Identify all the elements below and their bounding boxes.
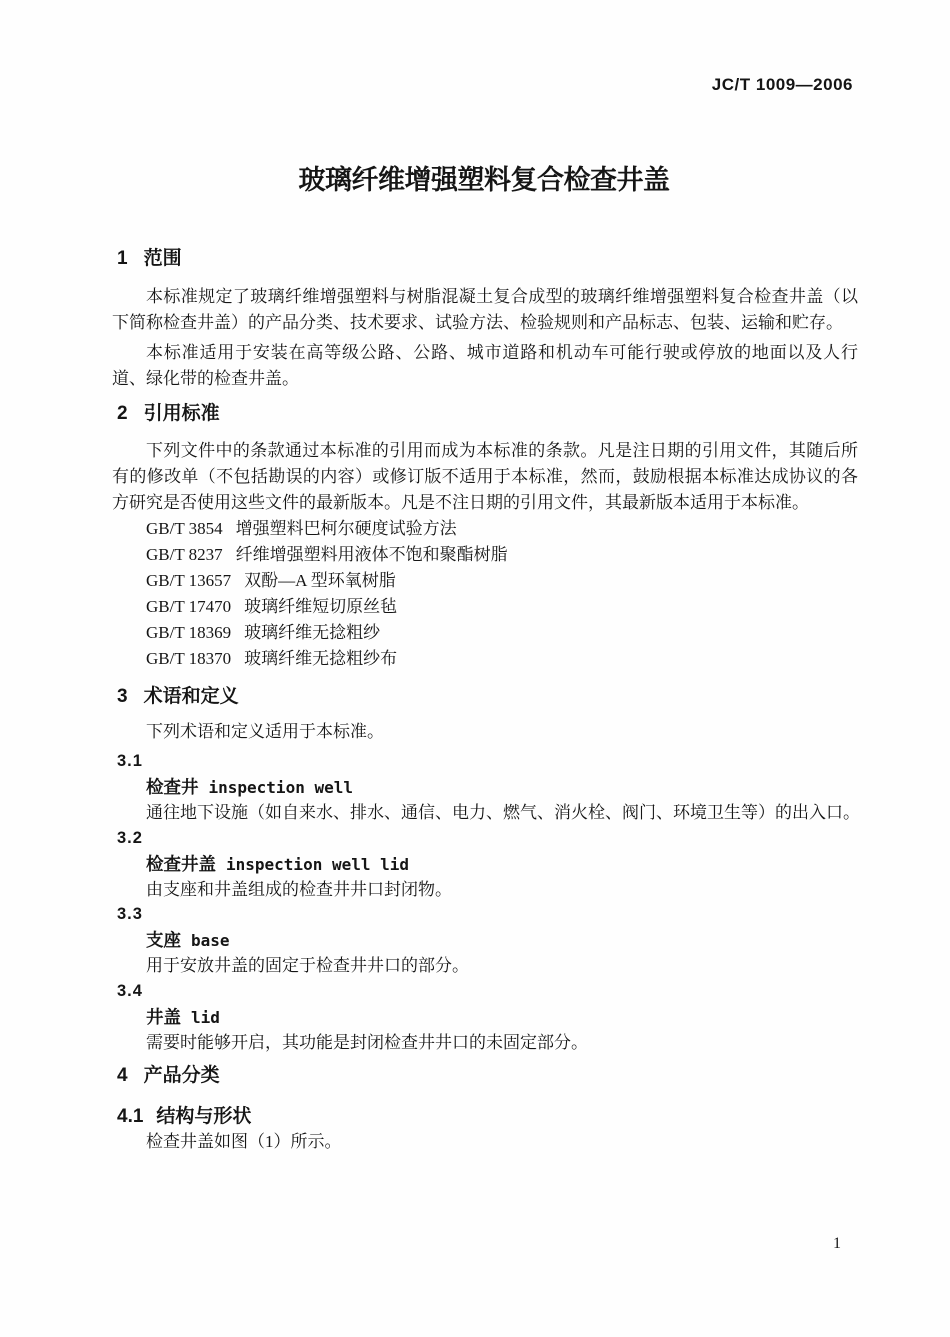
reference-name: 玻璃纤维短切原丝毡 <box>244 597 397 616</box>
term-name-zh: 检查井 <box>146 777 199 797</box>
reference-name: 纤维增强塑料用液体不饱和聚酯树脂 <box>236 545 508 564</box>
section-scope-heading: 1范围 <box>117 246 182 272</box>
document-page: JC/T 1009—2006 玻璃纤维增强塑料复合检查井盖 1范围 本标准规定了… <box>0 0 950 1337</box>
terms-intro-paragraph: 下列术语和定义适用于本标准。 <box>112 719 858 745</box>
section-label: 范围 <box>144 248 182 269</box>
term-name-en: inspection well lid <box>226 855 409 874</box>
reference-code: GB/T 17470 <box>146 597 231 616</box>
term-block: 3.2 检查井盖inspection well lid 由支座和井盖组成的检查井… <box>112 825 872 903</box>
section-number: 2 <box>117 401 128 427</box>
reference-name: 玻璃纤维无捻粗纱 <box>244 623 380 642</box>
section-label: 术语和定义 <box>144 686 239 707</box>
term-definition: 由支座和井盖组成的检查井井口封闭物。 <box>112 877 872 903</box>
term-name: 支座base <box>146 927 872 953</box>
term-number: 3.3 <box>117 901 872 927</box>
classification-paragraph: 检查井盖如图（1）所示。 <box>112 1129 858 1155</box>
reference-code: GB/T 18369 <box>146 623 231 642</box>
term-name-zh: 支座 <box>146 930 181 950</box>
term-number: 3.1 <box>117 748 872 774</box>
section-number: 1 <box>117 246 128 272</box>
scope-paragraph-2: 本标准适用于安装在高等级公路、公路、城市道路和机动车可能行驶或停放的地面以及人行… <box>112 340 858 392</box>
section-terms-heading: 3术语和定义 <box>117 684 239 710</box>
page-number: 1 <box>833 1234 841 1254</box>
subsection-structure-shape-heading: 4.1结构与形状 <box>117 1104 251 1130</box>
reference-row: GB/T 18370玻璃纤维无捻粗纱布 <box>146 646 508 672</box>
term-definition: 通往地下设施（如自来水、排水、通信、电力、燃气、消火栓、阀门、环境卫生等）的出入… <box>112 800 872 826</box>
reference-row: GB/T 3854增强塑料巴柯尔硬度试验方法 <box>146 516 508 542</box>
document-title: 玻璃纤维增强塑料复合检查井盖 <box>113 162 855 198</box>
reference-code: GB/T 3854 <box>146 519 223 538</box>
term-block: 3.4 井盖lid 需要时能够开启，其功能是封闭检查井井口的未固定部分。 <box>112 978 872 1056</box>
scope-paragraph-1: 本标准规定了玻璃纤维增强塑料与树脂混凝土复合成型的玻璃纤维增强塑料复合检查井盖（… <box>112 284 858 336</box>
reference-row: GB/T 13657双酚—A 型环氧树脂 <box>146 568 508 594</box>
reference-code: GB/T 18370 <box>146 649 231 668</box>
reference-name: 增强塑料巴柯尔硬度试验方法 <box>236 519 457 538</box>
term-definition: 用于安放井盖的固定于检查井井口的部分。 <box>112 953 872 979</box>
term-name: 检查井盖inspection well lid <box>146 851 872 877</box>
term-name-en: inspection well <box>209 778 354 797</box>
term-name-zh: 检查井盖 <box>146 854 216 874</box>
term-name-en: lid <box>191 1008 220 1027</box>
reference-name: 玻璃纤维无捻粗纱布 <box>244 649 397 668</box>
subsection-label: 结构与形状 <box>156 1106 251 1127</box>
term-name: 井盖lid <box>146 1004 872 1030</box>
section-label: 引用标准 <box>144 403 220 424</box>
section-number: 3 <box>117 684 128 710</box>
reference-row: GB/T 8237纤维增强塑料用液体不饱和聚酯树脂 <box>146 542 508 568</box>
references-intro-paragraph: 下列文件中的条款通过本标准的引用而成为本标准的条款。凡是注日期的引用文件，其随后… <box>112 438 858 516</box>
section-label: 产品分类 <box>144 1065 220 1086</box>
section-classification-heading: 4产品分类 <box>117 1063 220 1089</box>
term-name-zh: 井盖 <box>146 1007 181 1027</box>
term-name-en: base <box>191 931 230 950</box>
reference-row: GB/T 18369玻璃纤维无捻粗纱 <box>146 620 508 646</box>
reference-code: GB/T 8237 <box>146 545 223 564</box>
section-number: 4 <box>117 1063 128 1089</box>
reference-name: 双酚—A 型环氧树脂 <box>244 571 396 590</box>
standard-number: JC/T 1009—2006 <box>712 75 853 95</box>
reference-row: GB/T 17470玻璃纤维短切原丝毡 <box>146 594 508 620</box>
term-block: 3.3 支座base 用于安放井盖的固定于检查井井口的部分。 <box>112 901 872 979</box>
subsection-number: 4.1 <box>117 1104 143 1130</box>
term-number: 3.4 <box>117 978 872 1004</box>
term-name: 检查井inspection well <box>146 774 872 800</box>
reference-code: GB/T 13657 <box>146 571 231 590</box>
term-definition: 需要时能够开启，其功能是封闭检查井井口的未固定部分。 <box>112 1030 872 1056</box>
term-block: 3.1 检查井inspection well 通往地下设施（如自来水、排水、通信… <box>112 748 872 826</box>
term-number: 3.2 <box>117 825 872 851</box>
references-list: GB/T 3854增强塑料巴柯尔硬度试验方法 GB/T 8237纤维增强塑料用液… <box>146 516 508 672</box>
section-references-heading: 2引用标准 <box>117 401 220 427</box>
